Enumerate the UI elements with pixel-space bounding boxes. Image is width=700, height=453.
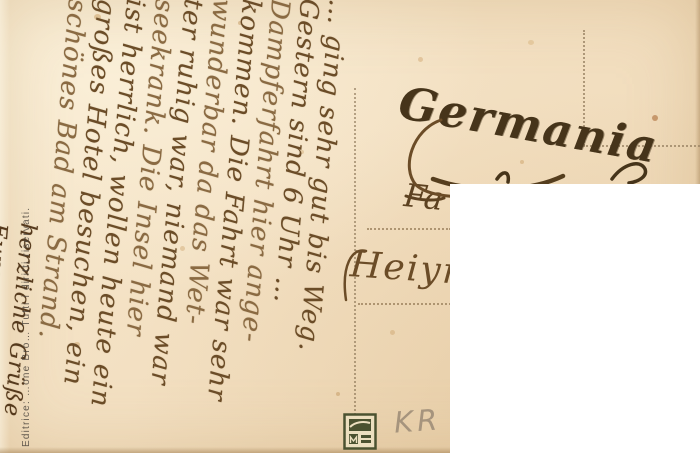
publisher-logo-icon	[343, 413, 377, 450]
paper-spot	[390, 330, 395, 335]
paper-spot	[528, 40, 534, 45]
paper-spot	[418, 57, 423, 62]
paper-edge-bottom	[0, 447, 455, 453]
address-fragment-2: Heiyr	[349, 244, 463, 293]
country-handwriting: Germania	[395, 76, 663, 174]
masked-region	[450, 184, 700, 453]
address-fragment-1: Fa	[402, 176, 445, 218]
address-dotted-line	[358, 303, 451, 305]
pencil-note: KR	[393, 402, 442, 439]
paper-spot	[520, 160, 524, 164]
paper-edge-right	[695, 0, 700, 186]
address-dotted-line	[367, 228, 451, 230]
handwritten-message: … ging sehr gut bis Weg. Gestern sind 6 …	[0, 0, 352, 446]
publisher-credit: Editrice: …one Bro… Tutti i diritti rise…	[21, 207, 32, 447]
postcard-back: … ging sehr gut bis Weg. Gestern sind 6 …	[0, 0, 700, 453]
